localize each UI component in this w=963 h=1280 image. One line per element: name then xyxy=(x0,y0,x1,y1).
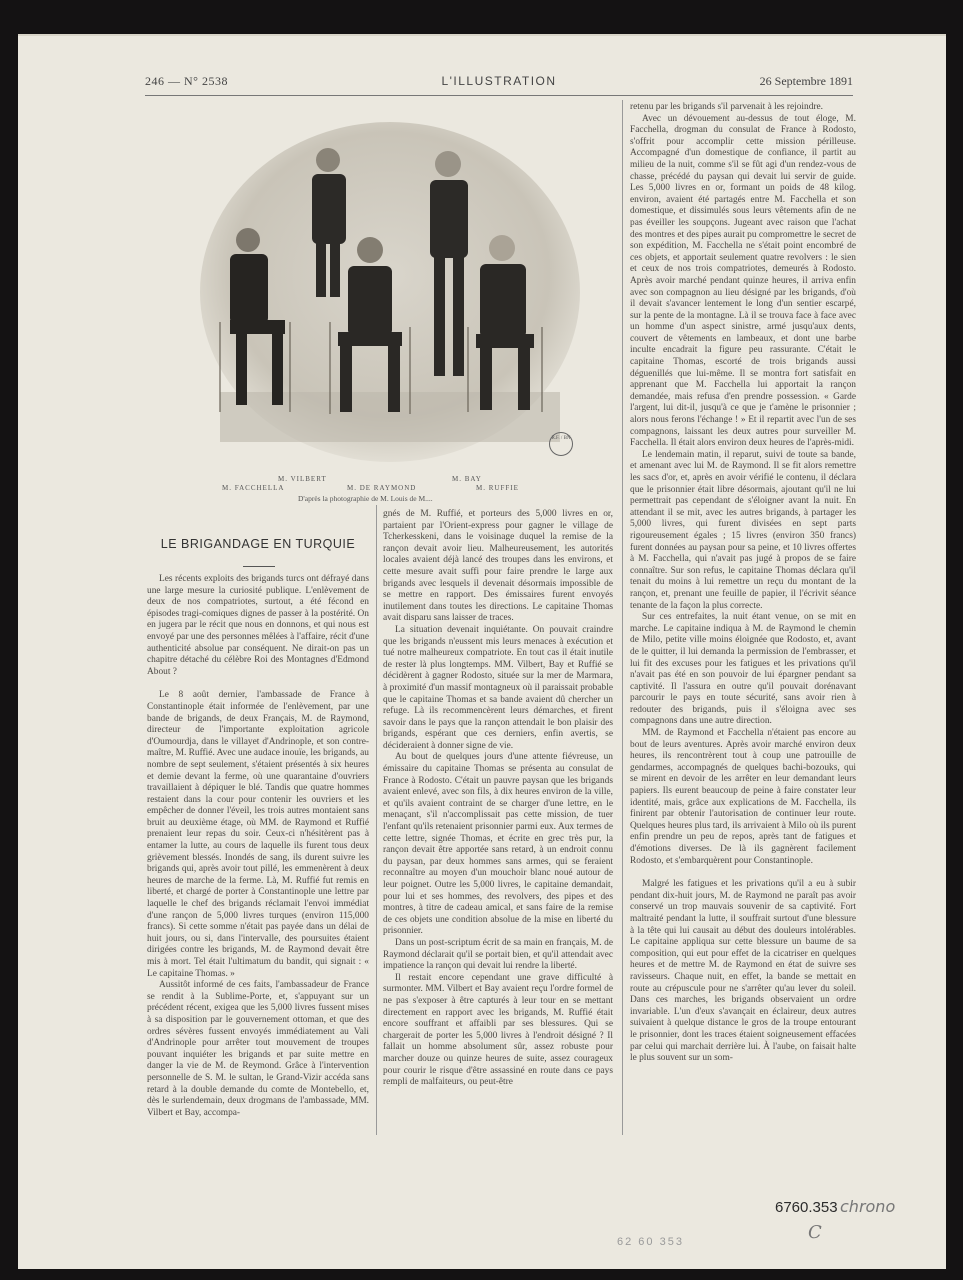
handwritten-letter: C xyxy=(808,1222,822,1243)
paragraph: gnés de M. Ruffié, et porteurs des 5,000… xyxy=(383,509,613,625)
caption-de-raymond: M. DE RAYMOND xyxy=(347,484,416,492)
publication-title: L'ILLUSTRATION xyxy=(145,74,853,88)
caption-bay: M. BAY xyxy=(452,475,482,483)
intro-paragraph: Les récents exploits des brigands turcs … xyxy=(147,574,369,678)
caption-facchella: M. FACCHELLA xyxy=(222,484,284,492)
catalog-number: 6760.353 xyxy=(775,1199,838,1216)
paragraph: Il restait encore cependant une grave di… xyxy=(383,973,613,1089)
paragraph: Avec un dévouement au-dessus de tout élo… xyxy=(630,114,856,450)
paragraph: Au bout de quelques jours d'une attente … xyxy=(383,752,613,938)
paragraph: Sur ces entrefaites, la nuit étant venue… xyxy=(630,612,856,728)
photo-credit: D'après la photographie de M. Louis de M… xyxy=(298,494,433,503)
paragraph: MM. de Raymond et Facchella n'étaient pa… xyxy=(630,728,856,867)
title-rule xyxy=(243,566,275,567)
paragraph: Aussitôt informé de ces faits, l'ambassa… xyxy=(147,980,369,1119)
faint-reference-number: 62 60 353 xyxy=(617,1236,684,1248)
library-stamp: R.F. / BN xyxy=(549,432,573,456)
page-header: 246 — N° 2538 L'ILLUSTRATION 26 Septembr… xyxy=(145,74,853,90)
column-1: Les récents exploits des brigands turcs … xyxy=(147,574,369,1119)
paragraph: La situation devenait inquiétante. On po… xyxy=(383,625,613,753)
column-divider xyxy=(376,505,377,1135)
header-rule xyxy=(145,95,853,96)
paragraph: Le 8 août dernier, l'ambassade de France… xyxy=(147,690,369,980)
handwritten-note: chrono xyxy=(840,1197,895,1216)
column-2: gnés de M. Ruffié, et porteurs des 5,000… xyxy=(383,509,613,1089)
column-divider xyxy=(622,100,623,1135)
paragraph: retenu par les brigands s'il parvenait à… xyxy=(630,102,856,114)
paragraph: Le lendemain matin, il reparut, suivi de… xyxy=(630,450,856,612)
caption-ruffie: M. RUFFIE xyxy=(476,484,519,492)
paragraph: Dans un post-scriptum écrit de sa main e… xyxy=(383,938,613,973)
caption-vilbert: M. VILBERT xyxy=(278,475,327,483)
article-title: LE BRIGANDAGE EN TURQUIE xyxy=(147,537,369,551)
paragraph: Malgré les fatigues et les privations qu… xyxy=(630,879,856,1065)
issue-date: 26 Septembre 1891 xyxy=(760,74,853,89)
group-portrait-engraving xyxy=(200,122,580,462)
column-3: retenu par les brigands s'il parvenait à… xyxy=(630,102,856,1065)
